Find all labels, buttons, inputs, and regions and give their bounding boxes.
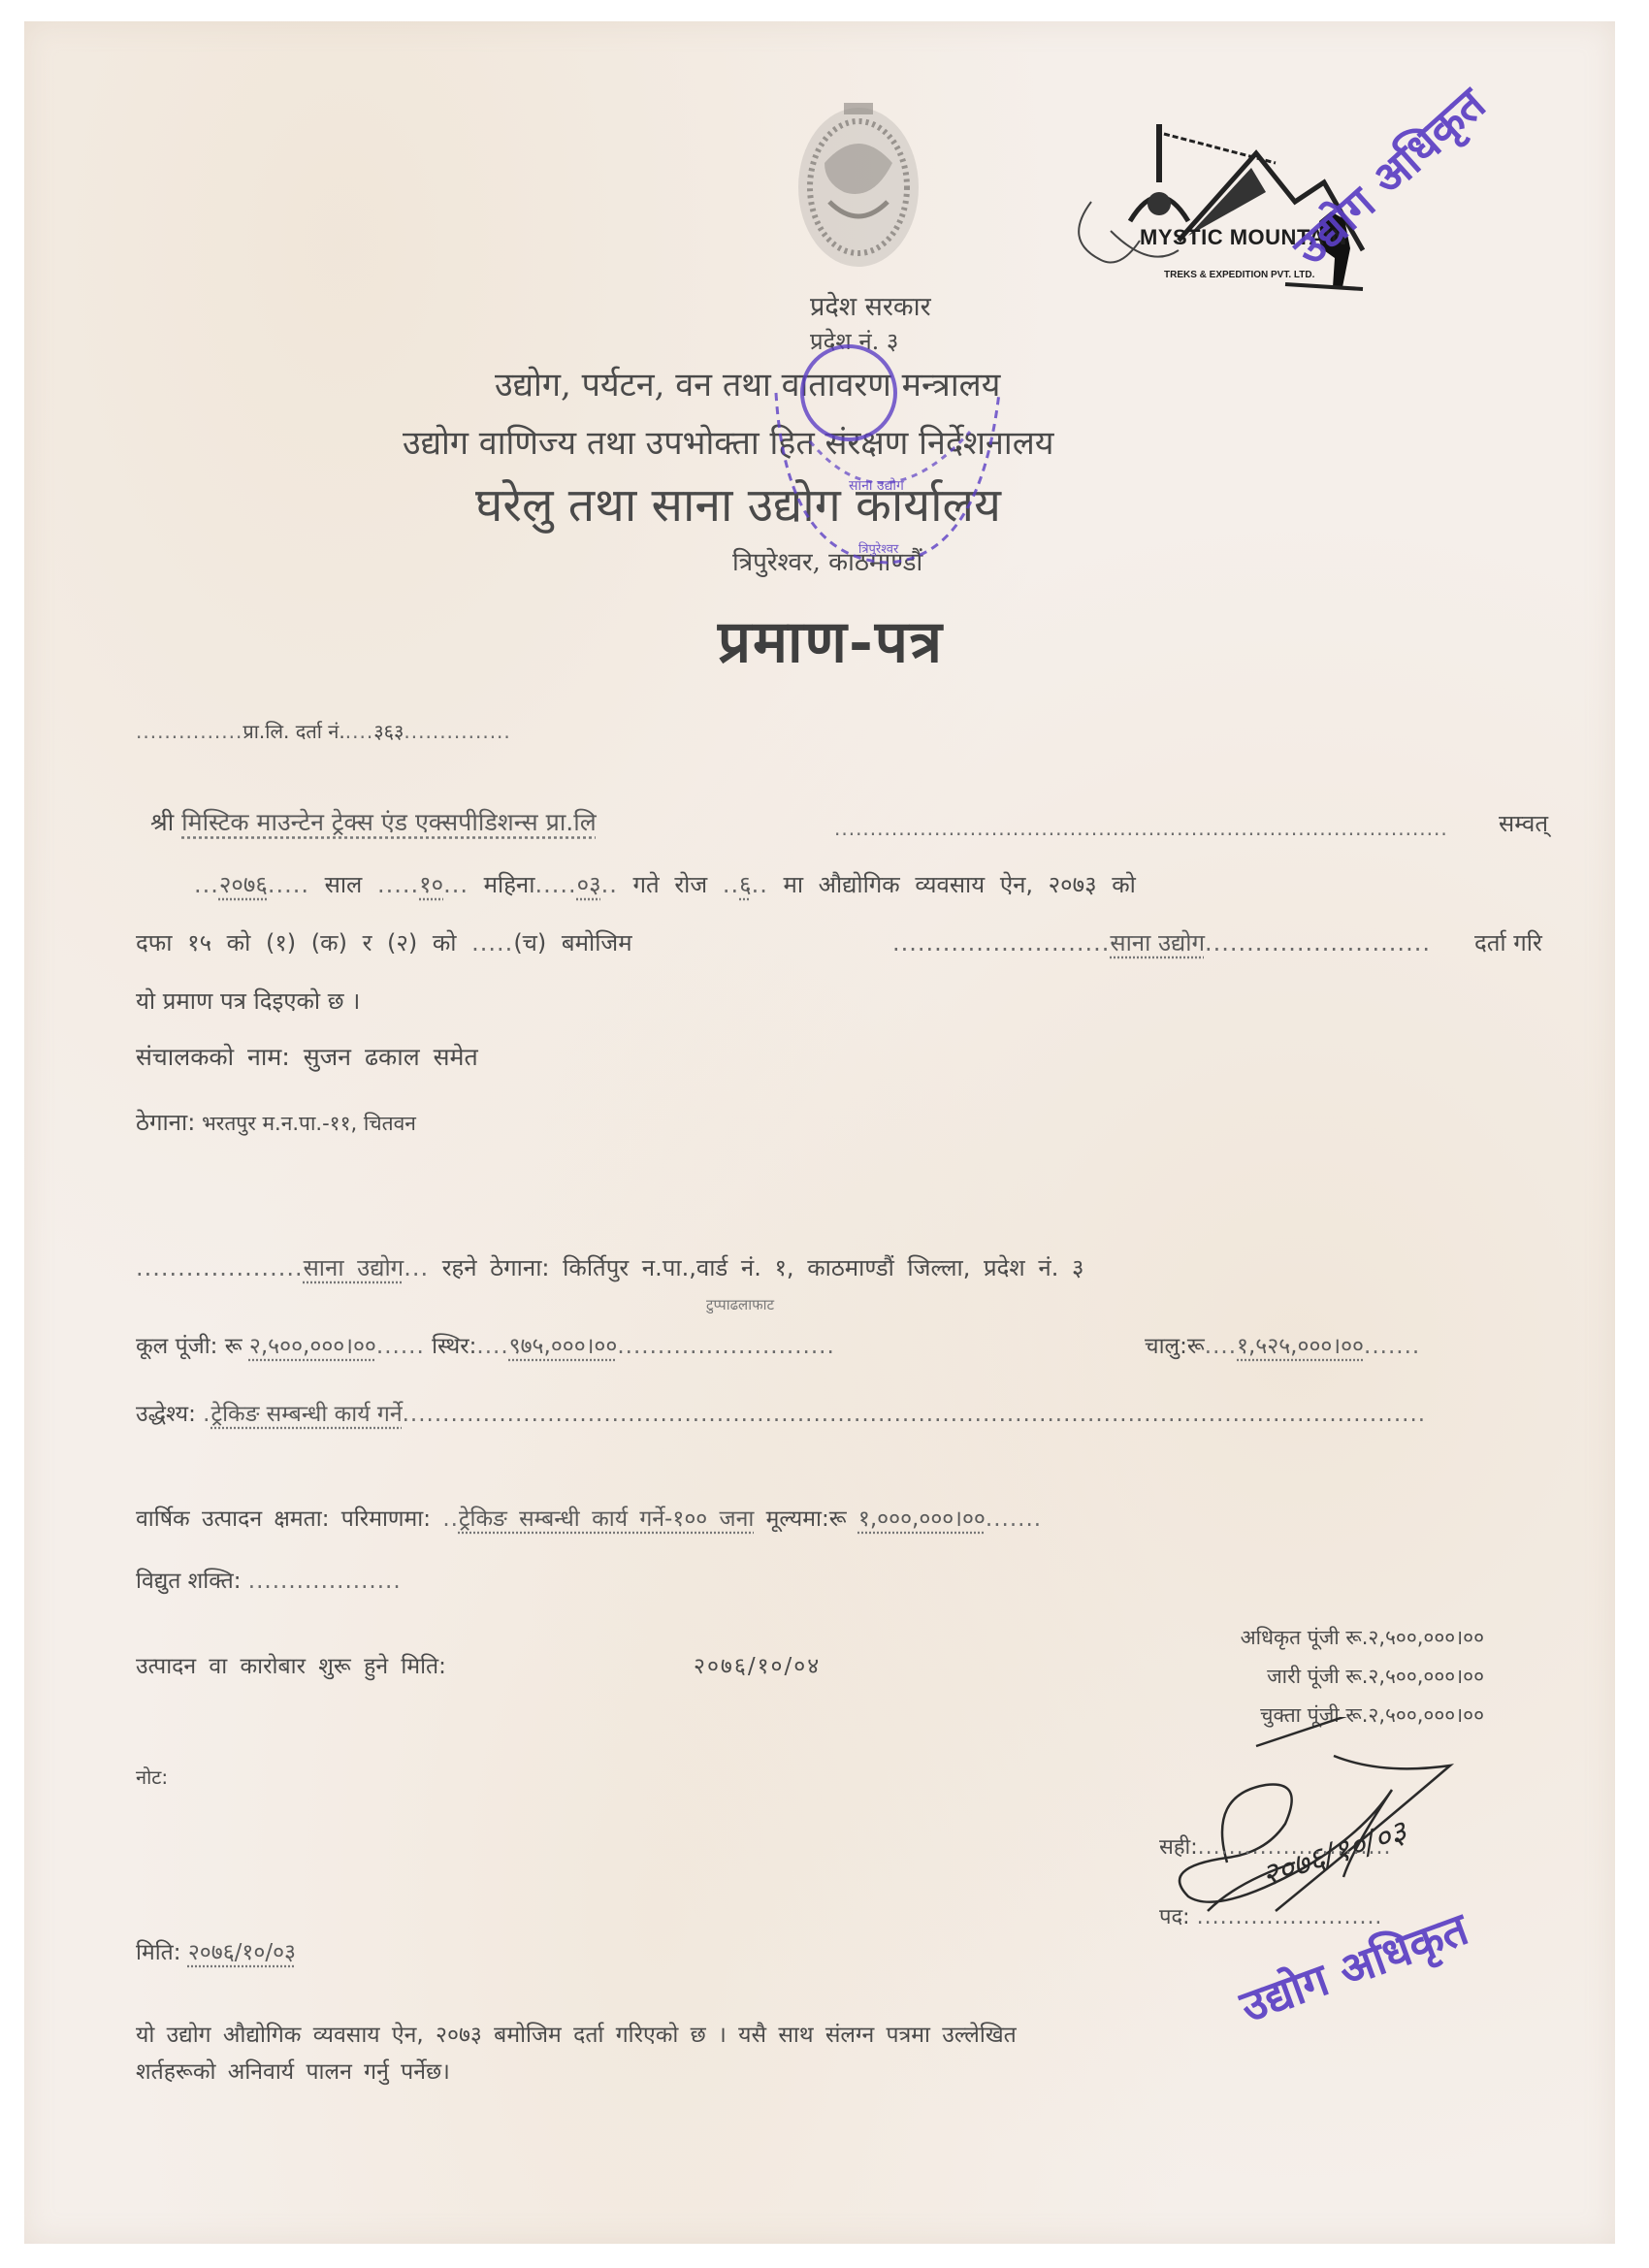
- objective-value: ट्रेकिङ सम्बन्धी कार्य गर्ने: [210, 1402, 402, 1427]
- working-capital-line: चालु:रू....१,५२५,०००।००.......: [1145, 1329, 1420, 1360]
- post-label: पद: ........................: [1159, 1901, 1382, 1930]
- annual-capacity-label: वार्षिक उत्पादन क्षमता: परिमाणमा:: [136, 1507, 431, 1532]
- certificate-issued-text: यो प्रमाण पत्र दिइएको छ ।: [136, 985, 360, 1017]
- annual-capacity-amount: १,०००,०००।००: [858, 1507, 986, 1532]
- svg-text:साना उद्योग: साना उद्योग: [849, 477, 905, 494]
- nepal-emblem-icon: [786, 85, 931, 279]
- fixed-capital-value: ९७५,०००।००: [509, 1334, 618, 1359]
- government-label: प्रदेश सरकार: [810, 287, 931, 323]
- recipient-dots: ........................................…: [834, 817, 1448, 840]
- registered-label: दर्ता गरि: [1474, 926, 1542, 958]
- address-value: भरतपुर म.न.पा.-११, चितवन: [202, 1112, 416, 1135]
- director-name: सुजन ढकाल समेत: [304, 1043, 478, 1071]
- objective-line: उद्धेश्य: .ट्रेकिङ सम्बन्धी कार्य गर्ने.…: [136, 1397, 1426, 1428]
- electric-power-line: विद्युत शक्ति: ...................: [136, 1564, 402, 1595]
- address-line: ठेगाना: भरतपुर म.न.पा.-११, चितवन: [136, 1106, 416, 1138]
- issue-date-label: मिति:: [136, 1940, 181, 1965]
- total-capital-label: कूल पूंजी: रू: [136, 1334, 242, 1359]
- issue-date-value: २०७६/१०/०३: [188, 1940, 296, 1965]
- registration-line: ...............प्रा.लि. दर्ता नं.....३६३…: [136, 718, 511, 744]
- office-round-stamp-icon: साना उद्योग त्रिपुरेश्वर: [757, 335, 1018, 577]
- footer-text-line-1: यो उद्योग औद्योगिक व्यवसाय ऐन, २०७३ बमोज…: [136, 2018, 1017, 2049]
- samvat-label: सम्वत्: [1499, 807, 1548, 839]
- registration-date-line: ...२०७६..... साल .....१०... महिना.....०३…: [194, 868, 1136, 900]
- footer-text-line-2: शर्तहरूको अनिवार्य पालन गर्नु पर्नेछ।: [136, 2055, 450, 2086]
- reg-year: २०७६: [219, 871, 268, 898]
- capital-line: कूल पूंजी: रू २,५००,०००।००...... स्थिर:.…: [136, 1329, 835, 1360]
- working-capital-label: चालु:रू: [1145, 1334, 1205, 1359]
- note-label: नोट:: [136, 1764, 168, 1790]
- annual-capacity-line: वार्षिक उत्पादन क्षमता: परिमाणमा: ..ट्रे…: [136, 1502, 1042, 1533]
- industry-category: साना उद्योग: [1110, 929, 1205, 956]
- clause-letter: (च): [513, 929, 546, 956]
- objective-label: उद्धेश्य:: [136, 1402, 196, 1427]
- start-date-value: २०७६/१०/०४: [694, 1649, 821, 1680]
- electric-power-value: ...................: [248, 1569, 402, 1594]
- industry-location-label: रहने ठेगाना:: [442, 1254, 550, 1281]
- director-line: संचालकको नाम: सुजन ढकाल समेत: [136, 1040, 478, 1073]
- reg-weekday: ६: [739, 871, 751, 898]
- electric-power-label: विद्युत शक्ति:: [136, 1569, 241, 1594]
- issued-capital: जारी पूंजी रू.२,५००,०००।००: [1115, 1657, 1484, 1696]
- industry-category-line: ..........................साना उद्योग...…: [892, 926, 1431, 958]
- annual-capacity-value-label: मूल्यमा:रू: [766, 1507, 847, 1532]
- signature-label: सही:.........................: [1159, 1831, 1392, 1861]
- company-name: मिस्टिक माउन्टेन ट्रेक्स एंड एक्सपीडिशन्…: [181, 808, 597, 836]
- reg-day: ०३: [577, 871, 601, 898]
- issue-date-line: मिति: २०७६/१०/०३: [136, 1935, 296, 1966]
- fixed-capital-label: स्थिर:: [432, 1334, 476, 1359]
- start-date-label: उत्पादन वा कारोबार शुरू हुने मिति:: [136, 1654, 446, 1679]
- authorized-capital: अधिकृत पूंजी रू.२,५००,०००।००: [1115, 1618, 1484, 1657]
- registration-number: ३६३: [373, 720, 404, 743]
- svg-text:त्रिपुरेश्वर: त्रिपुरेश्वर: [858, 541, 899, 557]
- industry-location-subnote: टुप्पाढलाफाट: [706, 1295, 774, 1314]
- reg-month: १०: [419, 871, 443, 898]
- registration-label: प्रा.लि. दर्ता नं.: [242, 720, 344, 743]
- certificate-title: प्रमाण-पत्र: [718, 599, 944, 679]
- annual-capacity-quantity: ट्रेकिङ सम्बन्धी कार्य गर्ने-१०० जना: [459, 1507, 754, 1532]
- working-capital-value: १,५२५,०००।००: [1237, 1334, 1364, 1359]
- clause-line: दफा १५ को (१) (क) र (२) को .....(च) बमोज…: [136, 926, 632, 958]
- industry-location-value: किर्तिपुर न.पा.,वार्ड नं. १, काठमाण्डौं …: [563, 1254, 1083, 1281]
- recipient-line: श्री मिस्टिक माउन्टेन ट्रेक्स एंड एक्सपी…: [150, 805, 597, 838]
- company-logo-subtitle: TREKS & EXPEDITION PVT. LTD.: [1164, 270, 1314, 280]
- address-label: ठेगाना:: [136, 1109, 195, 1136]
- total-capital-value: २,५००,०००।००: [249, 1334, 376, 1359]
- start-date-line: उत्पादन वा कारोबार शुरू हुने मिति:: [136, 1649, 446, 1680]
- industry-location-line: ....................साना उद्योग... रहने …: [136, 1251, 1083, 1283]
- director-label: संचालकको नाम:: [136, 1043, 290, 1071]
